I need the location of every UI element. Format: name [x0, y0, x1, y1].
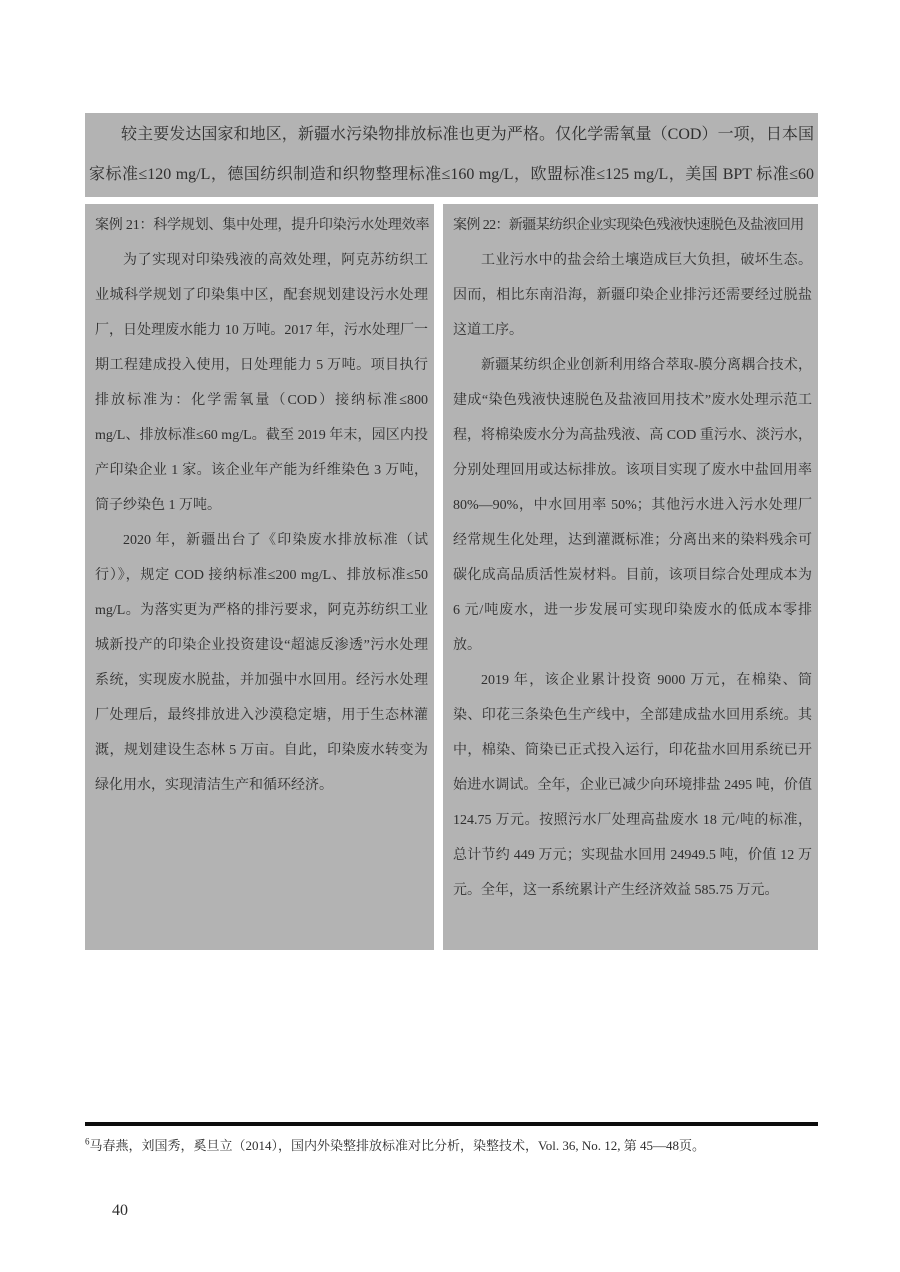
case-22-title: 案例 22：新疆某纺织企业实现染色残液快速脱色及盐液回用 — [453, 208, 812, 243]
case-21-box: 案例 21：科学规划、集中处理，提升印染污水处理效率 为了实现对印染残液的高效处… — [85, 204, 434, 950]
case-22-paragraph-1: 工业污水中的盐会给土壤造成巨大负担，破坏生态。因而，相比东南沿海，新疆印染企业排… — [453, 243, 812, 348]
footnote: 6马春燕，刘国秀，奚旦立（2014），国内外染整排放标准对比分析，染整技术，Vo… — [85, 1136, 818, 1156]
case-21-paragraph-1: 为了实现对印染残液的高效处理，阿克苏纺织工业城科学规划了印染集中区，配套规划建设… — [95, 243, 428, 523]
footnote-text: 马春燕，刘国秀，奚旦立（2014），国内外染整排放标准对比分析，染整技术，Vol… — [90, 1138, 705, 1153]
intro-highlight-block: 较主要发达国家和地区，新疆水污染物排放标准也更为严格。仅化学需氧量（COD）一项… — [85, 113, 818, 197]
case-21-title: 案例 21：科学规划、集中处理，提升印染污水处理效率 — [95, 208, 428, 243]
case-22-paragraph-3: 2019 年，该企业累计投资 9000 万元，在棉染、筒染、印花三条染色生产线中… — [453, 663, 812, 908]
case-21-paragraph-2: 2020 年，新疆出台了《印染废水排放标准（试行）》，规定 COD 接纳标准≤2… — [95, 523, 428, 803]
page-canvas: 较主要发达国家和地区，新疆水污染物排放标准也更为严格。仅化学需氧量（COD）一项… — [0, 0, 900, 1272]
case-22-box: 案例 22：新疆某纺织企业实现染色残液快速脱色及盐液回用 工业污水中的盐会给土壤… — [443, 204, 818, 950]
footnote-separator-rule — [85, 1122, 818, 1126]
page-number: 40 — [112, 1202, 128, 1220]
scanned-document-page: { "page": { "number": "40" }, "intro": {… — [0, 0, 900, 1272]
case-22-paragraph-2: 新疆某纺织企业创新利用络合萃取-膜分离耦合技术，建成“染色残液快速脱色及盐液回用… — [453, 348, 812, 663]
